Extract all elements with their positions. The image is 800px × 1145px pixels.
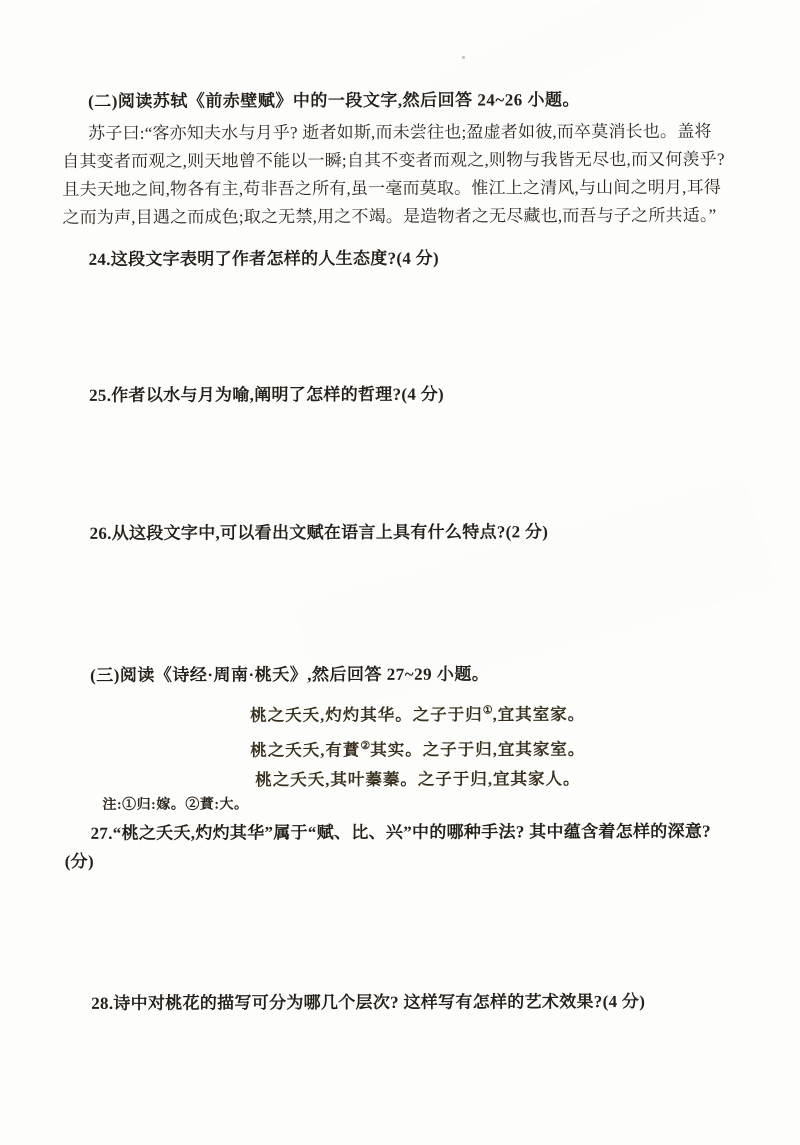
- section-two-header: (二)阅读苏轼《前赤壁赋》中的一段文字,然后回答 24~26 小题。: [62, 86, 745, 116]
- question-26: 26.从这段文字中,可以看出文赋在语言上具有什么特点?(2 分): [64, 518, 747, 548]
- passage-line-1: 苏子曰:“客亦知夫水与月乎? 逝者如斯,而未尝往也;盈虚者如彼,而卒莫消长也。盖…: [62, 118, 745, 148]
- question-28: 28.诗中对桃花的描写可分为哪几个层次? 这样写有怎样的艺术效果?(4 分): [65, 988, 748, 1018]
- poem-line-2: 桃之夭夭,有蕡②其实。之子于归,宜其家室。: [76, 729, 759, 766]
- passage-line-2: 自其变者而观之,则天地曾不能以一瞬;自其不变者而观之,则物与我皆无尽也,而又何羡…: [62, 146, 745, 176]
- question-27-text: 27.“桃之夭夭,灼灼其华”属于“赋、比、兴”中的哪种手法? 其中蕴含着怎样的深…: [91, 822, 711, 843]
- poem-line-1-text: 桃之夭夭,灼灼其华。之子于归: [250, 705, 483, 725]
- page-content: (二)阅读苏轼《前赤壁赋》中的一段文字,然后回答 24~26 小题。 苏子曰:“…: [62, 86, 748, 1018]
- poem-taoyao: 桃之夭夭,灼灼其华。之子于归①,宜其室家。 桃之夭夭,有蕡②其实。之子于归,宜其…: [76, 695, 759, 796]
- question-25: 25.作者以水与月为喻,阐明了怎样的哲理?(4 分): [63, 380, 746, 410]
- question-27-wrap: (分): [65, 852, 94, 871]
- poem-line-1: 桃之夭夭,灼灼其华。之子于归①,宜其室家。: [76, 695, 759, 732]
- question-27: 27.“桃之夭夭,灼灼其华”属于“赋、比、兴”中的哪种手法? 其中蕴含着怎样的深…: [65, 818, 748, 876]
- question-24: 24.这段文字表明了作者怎样的人生态度?(4 分): [63, 244, 746, 274]
- note-ref-1: ①: [483, 705, 493, 717]
- scan-speck: [462, 56, 465, 59]
- poem-line-3-text: 桃之夭夭,其叶蓁蓁。之子于归,宜其家人。: [255, 769, 580, 789]
- note-ref-2: ②: [360, 739, 370, 751]
- poem-line-3: 桃之夭夭,其叶蓁蓁。之子于归,宜其家人。: [76, 764, 759, 796]
- poem-line-2-text: 桃之夭夭,有蕡: [250, 740, 360, 759]
- passage-former-red-cliff: 苏子曰:“客亦知夫水与月乎? 逝者如斯,而未尝往也;盈虚者如彼,而卒莫消长也。盖…: [62, 118, 745, 232]
- poem-line-2-text-after: 其实。之子于归,宜其家室。: [370, 739, 585, 759]
- passage-line-3: 且夫天地之间,物各有主,苟非吾之所有,虽一毫而莫取。惟江上之清风,与山间之明月,…: [62, 174, 745, 204]
- section-three-header: (三)阅读《诗经·周南·桃夭》,然后回答 27~29 小题。: [64, 660, 747, 690]
- passage-line-4: 之而为声,目遇之而成色;取之无禁,用之不竭。是造物者之无尽藏也,而吾与子之所共适…: [62, 202, 745, 232]
- poem-line-1-text-after: ,宜其室家。: [493, 705, 586, 724]
- poem-footnotes: 注:①归:嫁。②蕡:大。: [102, 794, 747, 816]
- scanned-exam-page: (二)阅读苏轼《前赤壁赋》中的一段文字,然后回答 24~26 小题。 苏子曰:“…: [0, 0, 800, 1145]
